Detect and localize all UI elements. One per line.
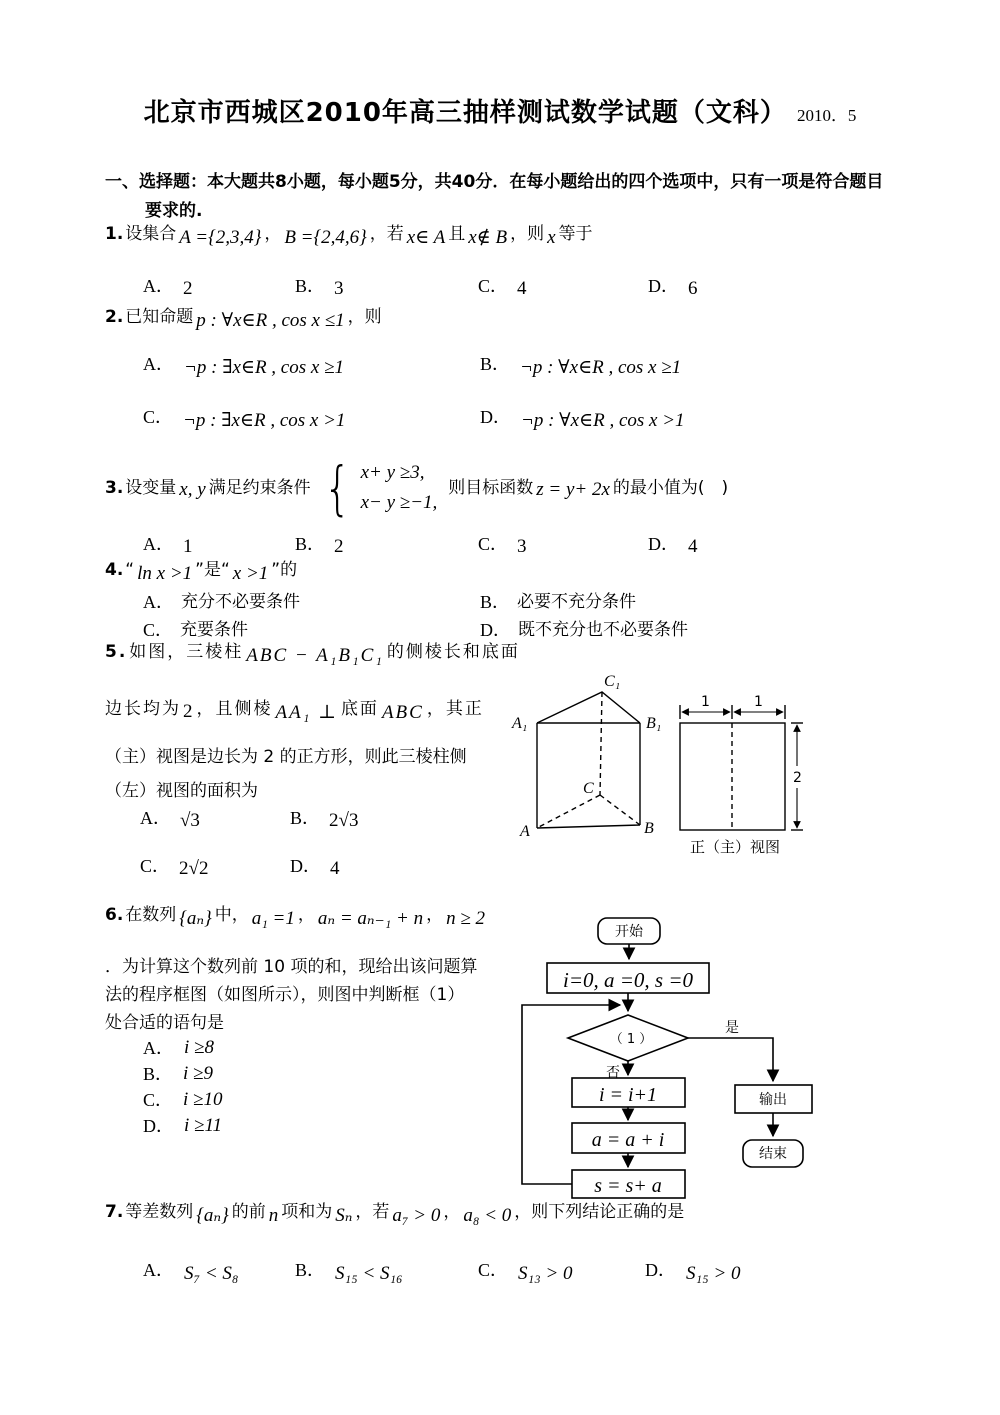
prism-label-a1: A₁	[511, 715, 527, 732]
option-value: i ≥9	[183, 1064, 213, 1085]
flowchart-step1-label: i = i+1	[599, 1084, 657, 1106]
option-value: 6	[688, 279, 698, 300]
option-label: D．	[480, 405, 511, 429]
option-value: S₁₅ > 0	[686, 1264, 741, 1285]
option-value: √3	[180, 811, 200, 832]
option-value: i ≥10	[183, 1090, 222, 1111]
q6-text: 中，	[215, 903, 249, 928]
option-label: C．	[478, 1258, 508, 1282]
option-label: C．	[143, 1088, 173, 1112]
q1-option-b: B． 3	[295, 274, 346, 298]
q7-text: ，则下列结论正确的是	[514, 1200, 684, 1225]
q3-text: 满足约束条件	[209, 476, 311, 501]
option-label: C．	[140, 854, 170, 878]
q7-number: 7.	[105, 1200, 123, 1225]
q7-option-b: B． S₁₅ < S₁₆	[295, 1258, 406, 1282]
q4-option-d: D． 既不充分也不必要条件	[480, 618, 688, 643]
option-label: A．	[143, 274, 174, 298]
question-6-line4: 处合适的语句是	[105, 1011, 224, 1036]
q1-math-setB: B ={2,4,6}	[284, 228, 366, 249]
q6-option-d: D． i ≥11	[143, 1114, 225, 1138]
option-value: 2√3	[329, 811, 358, 832]
option-label: A．	[143, 1036, 174, 1060]
option-label: B．	[480, 590, 510, 614]
question-1-stem: 1. 设集合 A ={2,3,4} ， B ={2,4,6} ，若 x∈ A 且…	[105, 222, 593, 247]
q5-math-ABC: ABC	[382, 703, 424, 724]
q1-text: 等于	[559, 222, 593, 247]
q1-math-x: x	[547, 228, 555, 249]
flowchart-init-label: i=0, a =0, s =0	[563, 968, 694, 992]
q5-text: ，且侧棱	[197, 697, 273, 722]
flowchart-step3-label: s = s+ a	[594, 1175, 662, 1197]
option-value: 既不充分也不必要条件	[518, 618, 688, 643]
q7-text: ，若	[355, 1200, 389, 1225]
option-label: C．	[143, 618, 173, 642]
option-label: A．	[143, 532, 174, 556]
q1-text: 设集合	[125, 222, 176, 247]
q2-number: 2.	[105, 305, 123, 330]
q1-option-c: C． 4	[478, 274, 529, 298]
q3-constraints: x+ y ≥3, x− y ≥−1,	[358, 458, 441, 519]
front-view-drawing	[680, 705, 803, 830]
q7-math-n: n	[269, 1206, 279, 1227]
prism-drawing	[537, 692, 640, 828]
option-value: 2	[334, 537, 344, 558]
q3-option-a: A． 1	[143, 532, 195, 556]
question-5-line1: 5. 如图，三棱柱 ABC − A₁B₁C₁ 的侧棱长和底面	[105, 640, 520, 665]
q5-option-b: B． 2√3	[290, 806, 360, 830]
q5-text: 底面	[341, 697, 379, 722]
q6-punct: ，	[426, 903, 443, 928]
option-label: A．	[143, 590, 174, 614]
option-label: C．	[478, 532, 508, 556]
prism-label-a: A	[519, 823, 530, 840]
q3-option-b: B． 2	[295, 532, 346, 556]
brace-glyph: {	[323, 462, 351, 514]
q5-text: 边长均为	[105, 697, 181, 722]
flowchart-yes-label: 是	[725, 1020, 739, 1036]
q2-option-a: A． ¬p : ∃x∈R , cos x ≥1	[143, 352, 347, 376]
q5-math-AA1: AA₁ ⊥	[276, 703, 338, 724]
option-label: B．	[480, 352, 510, 376]
exam-page: 北京市西城区2010年高三抽样测试数学试题（文科）2010．5 一、选择题：本大…	[0, 0, 1000, 1415]
dim-label-2: 2	[793, 770, 802, 786]
q6-math-recurrence: aₙ = aₙ₋₁ + n	[318, 909, 423, 930]
q4-text: “	[125, 558, 134, 583]
option-value: ¬p : ∃x∈R , cos x >1	[183, 411, 345, 432]
q7-option-c: C． S₁₃ > 0	[478, 1258, 576, 1282]
q2-math-proposition: p : ∀x∈R , cos x ≤1	[196, 311, 344, 332]
option-label: A．	[143, 352, 174, 376]
q1-option-d: D． 6	[648, 274, 700, 298]
option-label: B．	[143, 1062, 173, 1086]
q3-text: 设变量	[125, 476, 176, 501]
option-label: D．	[648, 274, 679, 298]
question-5-line3: （主）视图是边长为 2 的正方形，则此三棱柱侧	[105, 745, 467, 770]
option-label: A．	[140, 806, 171, 830]
page-title: 北京市西城区2010年高三抽样测试数学试题（文科）	[144, 98, 787, 128]
option-value: i ≥8	[184, 1038, 214, 1059]
dim-label-1-left: 1	[701, 694, 710, 710]
option-value: i ≥11	[184, 1116, 222, 1137]
q4-math-lnx: ln x >1	[137, 564, 192, 585]
q7-text: 的前	[232, 1200, 266, 1225]
q1-option-a: A． 2	[143, 274, 195, 298]
option-value: 1	[183, 537, 193, 558]
q1-math-xinA: x∈ A	[407, 228, 446, 249]
q1-math-setA: A ={2,3,4}	[179, 228, 261, 249]
option-value: 2√2	[179, 859, 208, 880]
prism-label-b: B	[644, 820, 654, 837]
question-7-stem: 7. 等差数列 {aₙ} 的前 n 项和为 Sₙ ，若 a₇ > 0 ， a₈ …	[105, 1200, 684, 1225]
q6-math-an-set: {aₙ}	[179, 909, 211, 930]
q7-text: 等差数列	[125, 1200, 193, 1225]
q3-constraint-2: x− y ≥−1,	[361, 488, 438, 518]
question-3-stem: 3. 设变量 x, y 满足约束条件 { x+ y ≥3, x− y ≥−1, …	[105, 455, 728, 521]
option-value: S₁₃ > 0	[518, 1264, 573, 1285]
q1-punct: ，则	[510, 222, 544, 247]
q1-punct: ，	[264, 222, 281, 247]
option-label: D．	[290, 854, 321, 878]
q3-option-d: D． 4	[648, 532, 700, 556]
option-value: ¬p : ∃x∈R , cos x ≥1	[184, 358, 344, 379]
q3-math-xy: x, y	[179, 480, 205, 501]
q4-option-c: C． 充要条件	[143, 618, 248, 643]
option-label: D．	[480, 618, 511, 642]
q6-punct: ，	[298, 903, 315, 928]
page-title-row: 北京市西城区2010年高三抽样测试数学试题（文科）2010．5	[0, 92, 1000, 129]
q3-number: 3.	[105, 476, 123, 501]
q5-text: ，其正	[427, 697, 484, 722]
option-value: ¬p : ∀x∈R , cos x >1	[521, 411, 685, 432]
option-value: 必要不充分条件	[517, 590, 636, 615]
option-value: 3	[517, 537, 527, 558]
option-value: S₇ < S₈	[184, 1264, 239, 1285]
q5-text: 如图，三棱柱	[129, 640, 243, 665]
dim-label-1-right: 1	[754, 694, 763, 710]
q2-text: 已知命题	[125, 305, 193, 330]
option-label: D．	[648, 532, 679, 556]
option-label: B．	[290, 806, 320, 830]
q7-text: 项和为	[281, 1200, 332, 1225]
q1-math-xnotinB: x∉ B	[468, 228, 507, 249]
flowchart-output-label: 输出	[759, 1092, 787, 1108]
q6-number: 6.	[105, 903, 123, 928]
q5-option-a: A． √3	[140, 806, 202, 830]
question-6-line3: 法的程序框图（如图所示），则图中判断框（1）	[105, 983, 464, 1008]
q3-math-objective: z = y+ 2x	[536, 480, 610, 501]
q6-math-a1: a₁ =1	[252, 909, 295, 930]
prism-label-c: C	[583, 780, 594, 797]
q3-option-c: C． 3	[478, 532, 529, 556]
q2-option-b: B． ¬p : ∀x∈R , cos x ≥1	[480, 352, 684, 376]
q2-text: ，则	[348, 305, 382, 330]
question-4-stem: 4. “ ln x >1 ”是“ x >1 ”的	[105, 558, 297, 583]
q3-text: 则目标函数	[448, 476, 533, 501]
option-value: 4	[330, 859, 340, 880]
q4-option-b: B． 必要不充分条件	[480, 590, 636, 615]
option-label: D．	[143, 1114, 174, 1138]
q2-option-c: C． ¬p : ∃x∈R , cos x >1	[143, 405, 348, 429]
flowchart-end-label: 结束	[759, 1145, 787, 1162]
section-heading-line2: 要求的.	[145, 199, 202, 224]
q4-option-a: A． 充分不必要条件	[143, 590, 300, 615]
option-label: B．	[295, 532, 325, 556]
page-date: 2010．5	[797, 106, 857, 125]
q7-option-d: D． S₁₅ > 0	[645, 1258, 744, 1282]
q6-flowchart: 开始 i=0, a =0, s =0 （ 1 ） 是 否 i = i+1 a =…	[510, 905, 850, 1215]
q5-option-c: C． 2√2	[140, 854, 210, 878]
q7-option-a: A． S₇ < S₈	[143, 1258, 242, 1282]
q4-math-x: x >1	[233, 564, 269, 585]
q5-number: 5.	[105, 640, 127, 665]
flowchart-start-label: 开始	[615, 924, 644, 940]
option-value: 3	[334, 279, 344, 300]
option-label: C．	[478, 274, 508, 298]
q5-option-d: D． 4	[290, 854, 342, 878]
q1-text: ，若	[370, 222, 404, 247]
front-view-caption: 正（主）视图	[690, 838, 780, 856]
q7-math-an-set: {aₙ}	[196, 1206, 228, 1227]
flowchart-decision-label: （ 1 ）	[610, 1032, 653, 1047]
q3-constraint-1: x+ y ≥3,	[361, 458, 438, 488]
q4-text: ”是“	[195, 558, 230, 583]
question-5-line4: （左）视图的面积为	[105, 779, 258, 804]
option-value: 4	[688, 537, 698, 558]
option-value: 4	[517, 279, 527, 300]
q5-text: 的侧棱长和底面	[387, 640, 520, 665]
question-5-line2: 边长均为 2 ，且侧棱 AA₁ ⊥ 底面 ABC ，其正	[105, 697, 484, 722]
q7-punct: ，	[443, 1200, 460, 1225]
option-value: 充要条件	[180, 618, 248, 643]
option-label: B．	[295, 1258, 325, 1282]
option-value: ¬p : ∀x∈R , cos x ≥1	[520, 358, 681, 379]
option-label: D．	[645, 1258, 676, 1282]
q1-text: 且	[448, 222, 465, 247]
question-6-line2: ．为计算这个数列前 10 项的和，现给出该问题算	[105, 955, 477, 980]
q6-text: 在数列	[125, 903, 176, 928]
option-value: 充分不必要条件	[181, 590, 300, 615]
q6-option-b: B． i ≥9	[143, 1062, 216, 1086]
option-value: 2	[183, 279, 193, 300]
q6-option-c: C． i ≥10	[143, 1088, 225, 1112]
q4-text: ”的	[271, 558, 297, 583]
question-6-line1: 6. 在数列 {aₙ} 中， a₁ =1 ， aₙ = aₙ₋₁ + n ， n…	[105, 903, 488, 928]
q5-figure: C₁ A₁ B₁ C A B 1 1 2 正（主）视图	[498, 662, 828, 862]
flowchart-step2-label: a = a + i	[592, 1129, 665, 1151]
prism-label-b1: B₁	[646, 715, 661, 732]
option-label: B．	[295, 274, 325, 298]
q4-number: 4.	[105, 558, 123, 583]
question-2-stem: 2. 已知命题 p : ∀x∈R , cos x ≤1 ，则	[105, 305, 382, 330]
q1-number: 1.	[105, 222, 123, 247]
q6-math-n2: n ≥ 2	[446, 909, 485, 930]
q7-math-Sn: Sₙ	[335, 1206, 352, 1227]
q3-text: 的最小值为( )	[613, 476, 728, 501]
q6-option-a: A． i ≥8	[143, 1036, 217, 1060]
flowchart-no-label: 否	[606, 1065, 620, 1081]
section-heading-line1: 一、选择题：本大题共8小题，每小题5分，共40分．在每小题给出的四个选项中，只有…	[105, 170, 883, 195]
q5-math-2: 2	[183, 702, 195, 723]
option-label: C．	[143, 405, 173, 429]
option-value: S₁₅ < S₁₆	[335, 1264, 403, 1285]
q7-math-a7: a₇ > 0	[392, 1206, 440, 1227]
prism-label-c1: C₁	[604, 673, 620, 690]
q2-option-d: D． ¬p : ∀x∈R , cos x >1	[480, 405, 688, 429]
option-label: A．	[143, 1258, 174, 1282]
q5-math-prism: ABC − A₁B₁C₁	[246, 646, 384, 667]
q7-math-a8: a₈ < 0	[463, 1206, 511, 1227]
